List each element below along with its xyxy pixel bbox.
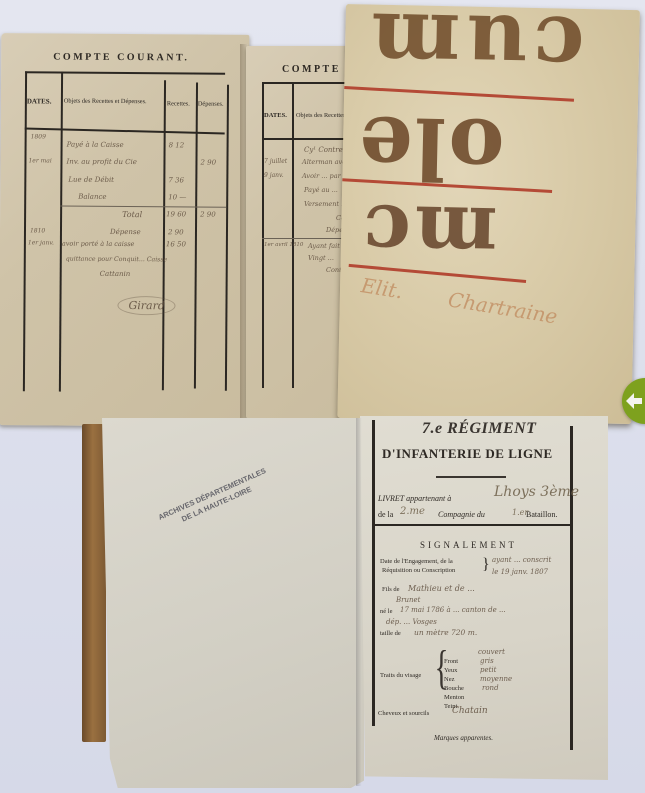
booklet-fold bbox=[356, 418, 362, 786]
traits-list: Front couvert Yeux gris Nez petit Bouche… bbox=[444, 650, 464, 704]
fils-value: Mathieu et de ... bbox=[408, 584, 475, 593]
trait-row: Menton rond bbox=[444, 686, 464, 695]
ledger-left-row-recette: 19 60 bbox=[166, 210, 186, 218]
ledger-left-row-object: Lue de Débit bbox=[68, 176, 114, 184]
ledger-left-header-depenses: Dépenses. bbox=[198, 101, 224, 108]
ledger-left-col-rule bbox=[162, 80, 166, 390]
ledger-left-row-recette: 16 50 bbox=[166, 240, 186, 248]
engagement-value-1: ayant ... conscrit bbox=[492, 556, 551, 564]
dept-value: dép. ... Vosges bbox=[386, 618, 437, 626]
booklet-spine bbox=[82, 424, 106, 742]
ledger-left-row-object: Dépense bbox=[110, 228, 141, 236]
ledger-left-title: COMPTE COURANT. bbox=[53, 52, 189, 64]
ledger-left-page: COMPTE COURANT. DATES. Objets des Recett… bbox=[0, 33, 249, 427]
ledger-right-row-object: Vingt ... bbox=[308, 254, 334, 262]
livret-battalion-label: Bataillon. bbox=[526, 510, 557, 519]
livret-company-label: Compagnie du bbox=[438, 510, 485, 519]
ledger-left-row-date: 1809 bbox=[31, 133, 46, 140]
ledger-left-col-rule bbox=[23, 71, 27, 391]
signalement-title: SIGNALEMENT bbox=[420, 540, 517, 550]
livret-page: 7.e RÉGIMENT D'INFANTERIE DE LIGNE LIVRE… bbox=[360, 416, 608, 780]
ledger-right-header-dates: DATES. bbox=[264, 112, 287, 119]
taille-value: un mètre 720 m. bbox=[414, 628, 477, 637]
ledger-left-row-object: Inv. au profit du Cie bbox=[66, 158, 137, 166]
ledger-right-col-rule bbox=[262, 82, 264, 388]
parchment-cover: cum ole mc Elit. Chartraine bbox=[337, 4, 640, 424]
fils-label: Fils de bbox=[382, 586, 400, 593]
ledger-left-col-rule bbox=[225, 85, 229, 391]
livret-unit: D'INFANTERIE DE LIGNE bbox=[382, 446, 553, 462]
ledger-left-header-objects: Objets des Recettes et Dépenses. bbox=[64, 98, 164, 106]
engagement-label-1: Date de l'Engagement, de la bbox=[380, 558, 453, 565]
ledger-left-row-date: 1er mai bbox=[28, 157, 51, 164]
livret-header-rule bbox=[372, 524, 572, 526]
livret-left-rule bbox=[372, 420, 375, 726]
ledger-left-row-date: 1er janv. bbox=[28, 239, 54, 246]
ledger-left-row-object: Cattanin bbox=[100, 270, 131, 278]
booklet-left-page: ARCHIVES DÉPARTEMENTALES DE LA HAUTE-LOI… bbox=[102, 418, 364, 788]
ledger-left-col-rule bbox=[59, 72, 63, 392]
trait-row: Bouche moyenne bbox=[444, 677, 464, 686]
livret-owner-name: Lhoys 3ème bbox=[494, 484, 579, 500]
hair-label: Cheveux et sourcils bbox=[378, 710, 429, 717]
ne-value: 17 mai 1786 à ... canton de ... bbox=[400, 606, 506, 614]
ledger-left-header-dates: DATES. bbox=[27, 97, 52, 105]
marks-label: Marques apparentes. bbox=[434, 734, 493, 742]
ledger-right-row-date: 1er avril 1810 bbox=[264, 242, 303, 248]
engagement-value-2: le 19 janv. 1807 bbox=[492, 568, 548, 576]
ledger-left-row-recette: 8 12 bbox=[169, 141, 185, 149]
trait-value: couvert bbox=[478, 648, 505, 656]
gothic-line-3: mc bbox=[358, 192, 498, 273]
trait-value: moyenne bbox=[480, 675, 512, 683]
livret-company-prefix: de la bbox=[378, 510, 393, 519]
trait-row: Front couvert bbox=[444, 650, 464, 659]
ledger-left-row-recette: 10 — bbox=[168, 193, 186, 201]
livret-title-rule bbox=[436, 476, 506, 478]
ledger-left-row-object: avoir porté à la caisse bbox=[62, 240, 135, 249]
engagement-label-2: Réquisition ou Conscription bbox=[382, 567, 455, 574]
parchment-inscription: Elit. Chartraine bbox=[359, 273, 610, 337]
taille-label: taille de bbox=[380, 630, 401, 637]
ledger-right-col-rule bbox=[292, 82, 294, 388]
livret-regiment: 7.e RÉGIMENT bbox=[422, 420, 536, 438]
fils-value-2: Brunet bbox=[396, 596, 420, 604]
trait-row: Nez petit bbox=[444, 668, 464, 677]
ledger-left-row-object: Balance bbox=[78, 193, 106, 201]
arrow-left-icon bbox=[624, 391, 644, 411]
livret-right-rule bbox=[570, 426, 573, 750]
trait-row: Yeux gris bbox=[444, 659, 464, 668]
ledger-left-row-depense: 2 90 bbox=[200, 159, 216, 167]
traits-label: Traits du visage bbox=[380, 672, 421, 679]
ledger-right-row-object: Payé au ... bbox=[304, 186, 338, 194]
ledger-left-row-object: Payé à la Caisse bbox=[67, 141, 124, 149]
ledger-right-row-date: 7 juillet bbox=[264, 158, 287, 165]
ledger-left-row-recette: 7 36 bbox=[168, 176, 184, 184]
ledger-left-top-rule bbox=[25, 71, 225, 74]
ledger-left-row-depense: 2 90 bbox=[200, 211, 216, 219]
ne-label: né le bbox=[380, 608, 392, 615]
ledger-right-row-object: Cy¹ Contre bbox=[304, 146, 343, 154]
ledger-left-row-recette: 2 90 bbox=[168, 228, 184, 236]
archives-stamp: ARCHIVES DÉPARTEMENTALES DE LA HAUTE-LOI… bbox=[156, 465, 272, 533]
hair-value: Chatain bbox=[452, 706, 488, 716]
ledger-left-total-rule bbox=[60, 206, 226, 208]
trait-row: Teint bbox=[444, 695, 464, 704]
ledger-left-signature: Girard bbox=[117, 296, 176, 315]
ledger-left-row-object: quittance pour Conquit... Caisse bbox=[66, 256, 167, 264]
gothic-line-2: ole bbox=[356, 104, 505, 191]
livret-company-number: 2.me bbox=[400, 506, 425, 517]
trait-value: petit bbox=[480, 666, 497, 674]
engagement-brace: } bbox=[482, 556, 490, 574]
ledger-left-header-recettes: Recettes. bbox=[167, 100, 190, 107]
gothic-line-1: cum bbox=[364, 0, 585, 89]
trait-value: rond bbox=[482, 684, 499, 692]
ledger-right-row-date: 9 janv. bbox=[264, 172, 284, 179]
trait-value: gris bbox=[480, 657, 494, 665]
ledger-left-row-object: Total bbox=[122, 210, 142, 219]
livret-owner-label: LIVRET appartenant à bbox=[378, 494, 451, 503]
ledger-left-col-rule bbox=[194, 82, 198, 388]
ledger-left-row-date: 1810 bbox=[30, 227, 45, 234]
